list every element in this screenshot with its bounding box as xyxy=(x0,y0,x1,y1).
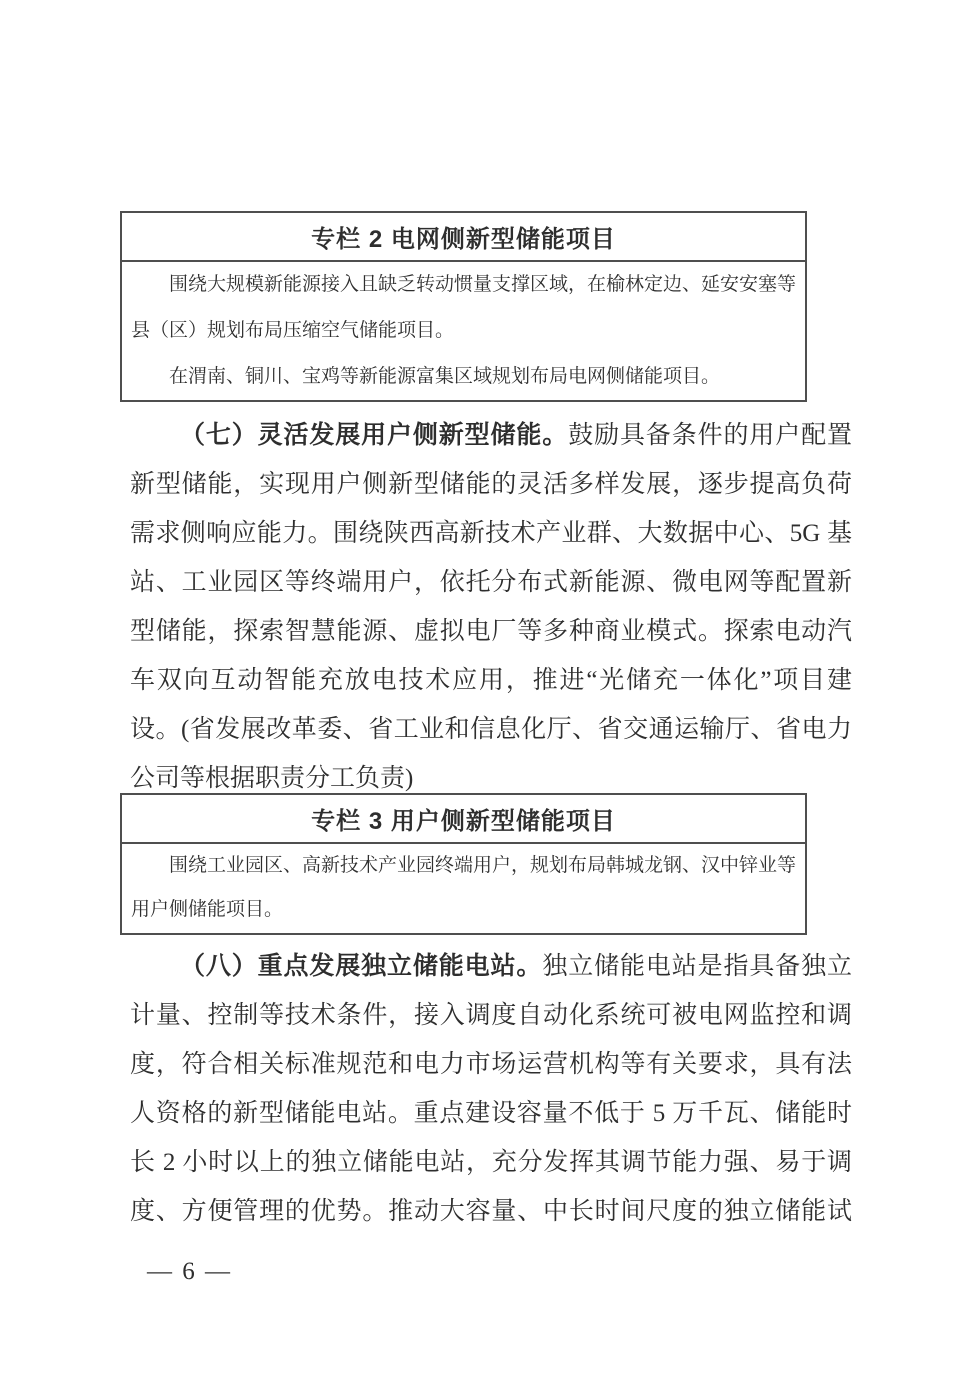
callout-box-2-body: 围绕大规模新能源接入且缺乏转动惯量支撑区域，在榆林定边、延安安塞等县（区）规划布… xyxy=(122,262,805,400)
paragraph-lead-bold: （八）重点发展独立储能电站。 xyxy=(180,953,542,980)
document-page: 专栏 2 电网侧新型储能项目 围绕大规模新能源接入且缺乏转动惯量支撑区域，在榆林… xyxy=(0,0,965,1383)
text-line: 围绕大规模新能源接入且缺乏转动惯量支撑区域，在榆林定边、延安安塞等 xyxy=(131,262,796,308)
text-line: 县（区）规划布局压缩空气储能项目。 xyxy=(131,308,796,354)
callout-box-grid-side-projects: 专栏 2 电网侧新型储能项目 围绕大规模新能源接入且缺乏转动惯量支撑区域，在榆林… xyxy=(120,211,807,402)
text-line: 度、方便管理的优势。推动大容量、中长时间尺度的独立储能试 xyxy=(130,1187,852,1236)
paragraph-7-user-side-storage: （七）灵活发展用户侧新型储能。鼓励具备条件的用户配置新型储能，实现用户侧新型储能… xyxy=(130,411,852,803)
page-number: — 6 — xyxy=(147,1258,232,1286)
text-line: 围绕工业园区、高新技术产业园终端用户，规划布局韩城龙钢、汉中锌业等 xyxy=(131,844,796,888)
callout-box-2-title: 专栏 2 电网侧新型储能项目 xyxy=(122,213,805,262)
callout-box-3-body: 围绕工业园区、高新技术产业园终端用户，规划布局韩城龙钢、汉中锌业等用户侧储能项目… xyxy=(122,844,805,932)
text-line: 人资格的新型储能电站。重点建设容量不低于 5 万千瓦、储能时 xyxy=(130,1089,852,1138)
callout-box-3-title: 专栏 3 用户侧新型储能项目 xyxy=(122,795,805,844)
text-line: 设。(省发展改革委、省工业和信息化厅、省交通运输厅、省电力 xyxy=(130,705,852,754)
text-line: 站、工业园区等终端用户，依托分布式新能源、微电网等配置新 xyxy=(130,558,852,607)
text-line: 用户侧储能项目。 xyxy=(131,888,796,932)
text-line: 车双向互动智能充放电技术应用，推进“光储充一体化”项目建 xyxy=(130,656,852,705)
text-line: 长 2 小时以上的独立储能电站，充分发挥其调节能力强、易于调 xyxy=(130,1138,852,1187)
text-line: 计量、控制等技术条件，接入调度自动化系统可被电网监控和调 xyxy=(130,991,852,1040)
text-line: 型储能，探索智慧能源、虚拟电厂等多种商业模式。探索电动汽 xyxy=(130,607,852,656)
text-line: 新型储能，实现用户侧新型储能的灵活多样发展，逐步提高负荷 xyxy=(130,460,852,509)
text-line: （七）灵活发展用户侧新型储能。鼓励具备条件的用户配置 xyxy=(130,411,852,460)
text-line: 在渭南、铜川、宝鸡等新能源富集区域规划布局电网侧储能项目。 xyxy=(131,354,796,400)
text-line: （八）重点发展独立储能电站。独立储能电站是指具备独立 xyxy=(130,942,852,991)
text-line: 需求侧响应能力。围绕陕西高新技术产业群、大数据中心、5G 基 xyxy=(130,509,852,558)
callout-box-user-side-projects: 专栏 3 用户侧新型储能项目 围绕工业园区、高新技术产业园终端用户，规划布局韩城… xyxy=(120,793,807,935)
paragraph-lead-bold: （七）灵活发展用户侧新型储能。 xyxy=(180,422,568,449)
text-line: 度，符合相关标准规范和电力市场运营机构等有关要求，具有法 xyxy=(130,1040,852,1089)
paragraph-8-independent-storage-stations: （八）重点发展独立储能电站。独立储能电站是指具备独立计量、控制等技术条件，接入调… xyxy=(130,942,852,1236)
